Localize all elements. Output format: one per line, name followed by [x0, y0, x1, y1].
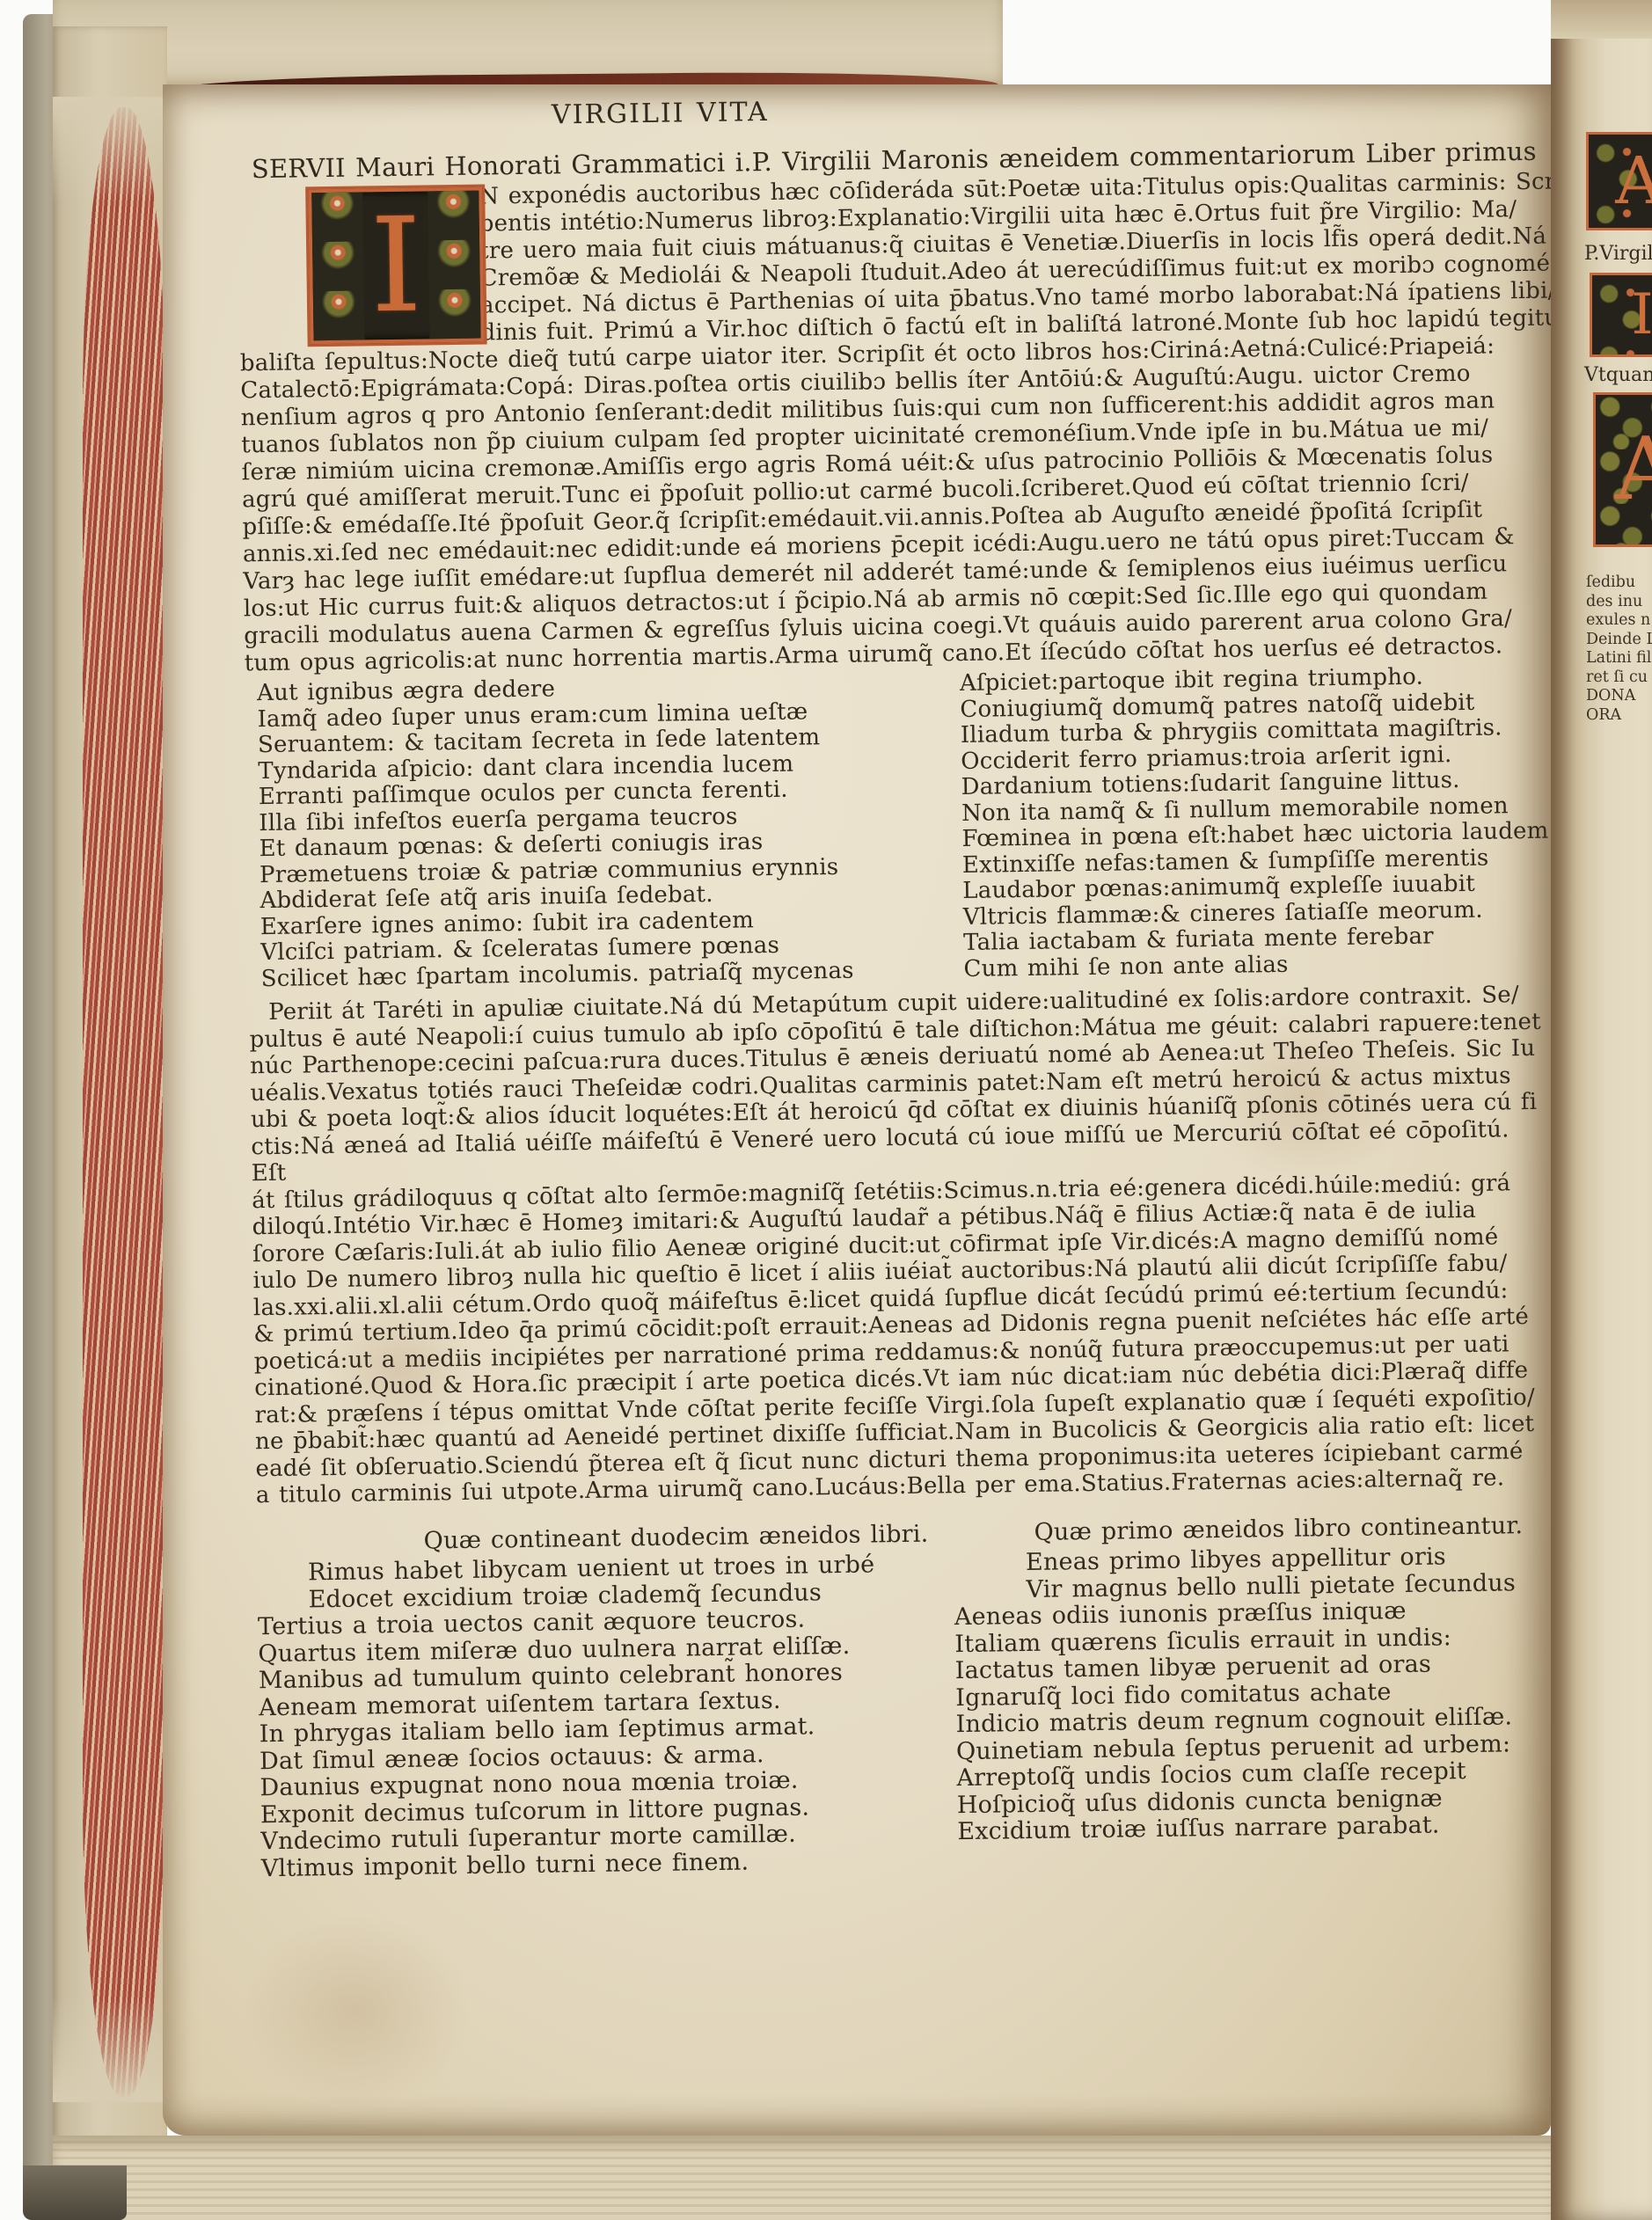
page-text-block: VIRGILII VITA SERVII Mauri Honorati Gram… — [237, 84, 1551, 1882]
book-photo: VIRGILII VITA SERVII Mauri Honorati Gram… — [0, 0, 1652, 2220]
vita-full-lines: baliſta ſepultus:Nocte dieq̃ tutú carpe … — [240, 332, 1546, 678]
paper-stain — [242, 1914, 471, 2107]
drop-cap-letter: I — [362, 194, 429, 336]
text-fragment: DONA — [1586, 687, 1652, 706]
facing-caption-2: Vtquanui — [1584, 364, 1652, 386]
woodcut-floral-panel — [428, 191, 480, 340]
running-title: VIRGILII VITA — [552, 88, 1539, 129]
text-fragment: ret ſi cu — [1586, 668, 1652, 688]
list-heading-right: Quæ primo æneidos libro contineantur. — [1034, 1512, 1551, 1546]
red-stained-fore-edge — [83, 107, 165, 2097]
text-fragment: exules n — [1586, 611, 1652, 631]
list-left-lines: Tertius a troia uectos canit æquore teuc… — [258, 1604, 958, 1882]
text-fragment: ſedibu — [1586, 573, 1652, 593]
facing-page-top-edge — [1551, 0, 1652, 39]
verse-column-right: Aſpiciet:partoque ibit regina triumpho.C… — [960, 663, 1551, 982]
list-left-indented: Rimus habet libycam uenient ut troes in … — [257, 1551, 954, 1614]
vita-paragraph: I N exponédis auctoribus hæc cōſideráda … — [238, 169, 1546, 678]
aeneid-verse-columns: Aut ignibus ægra dedereIamq̃ adeo ſuper … — [245, 663, 1551, 993]
illuminated-initial-I: I — [308, 187, 484, 345]
fore-edge-fade-bottom — [53, 1997, 167, 2102]
verse-column-left: Aut ignibus ægra dedereIamq̃ adeo ſuper … — [245, 671, 964, 992]
page-stack-fore-edge — [53, 26, 167, 2173]
twelve-books-list: Quæ contineant duodecim æneidos libri. R… — [256, 1521, 958, 1883]
facing-illuminated-initial-top: A — [1586, 132, 1652, 230]
text-fragment: ORA — [1586, 706, 1652, 726]
facing-page-sliver: A P.Virgilii M I Vtquanui A ſedibudes in… — [1551, 0, 1652, 2220]
page-stack-bottom-edge — [53, 2136, 1557, 2220]
fore-edge-fade-top — [53, 97, 167, 202]
facing-illuminated-initial-mid: I — [1590, 273, 1652, 357]
text-fragment: Deinde L — [1586, 631, 1652, 650]
woodcut-floral-panel — [311, 192, 364, 340]
facing-illuminated-initial-tall: A — [1593, 392, 1652, 547]
facing-caption-1: P.Virgilii M — [1584, 243, 1652, 265]
book-cover-corner — [23, 2165, 127, 2220]
list-right-lines: Aeneas odiis iunonis præſſus iniquæItali… — [954, 1596, 1551, 1846]
facing-text-fragments: ſedibudes inuexules nDeinde LLatini fili… — [1586, 573, 1652, 725]
first-book-contents-list: Quæ primo æneidos libro contineantur. En… — [953, 1512, 1551, 1873]
book-summary-lists: Quæ contineant duodecim æneidos libri. R… — [256, 1512, 1551, 1882]
text-fragment: Latini filia — [1586, 649, 1652, 668]
list-right-indented: Eneas primo libyes appellitur orisVir ma… — [954, 1543, 1551, 1605]
left-page: VIRGILII VITA SERVII Mauri Honorati Gram… — [163, 84, 1551, 2136]
list-heading-left: Quæ contineant duodecim æneidos libri. — [423, 1521, 953, 1555]
text-fragment: des inu — [1586, 593, 1652, 612]
vita-paragraph-2: Periit át Taréti in apuliæ ciuitate.Ná d… — [249, 982, 1551, 1509]
